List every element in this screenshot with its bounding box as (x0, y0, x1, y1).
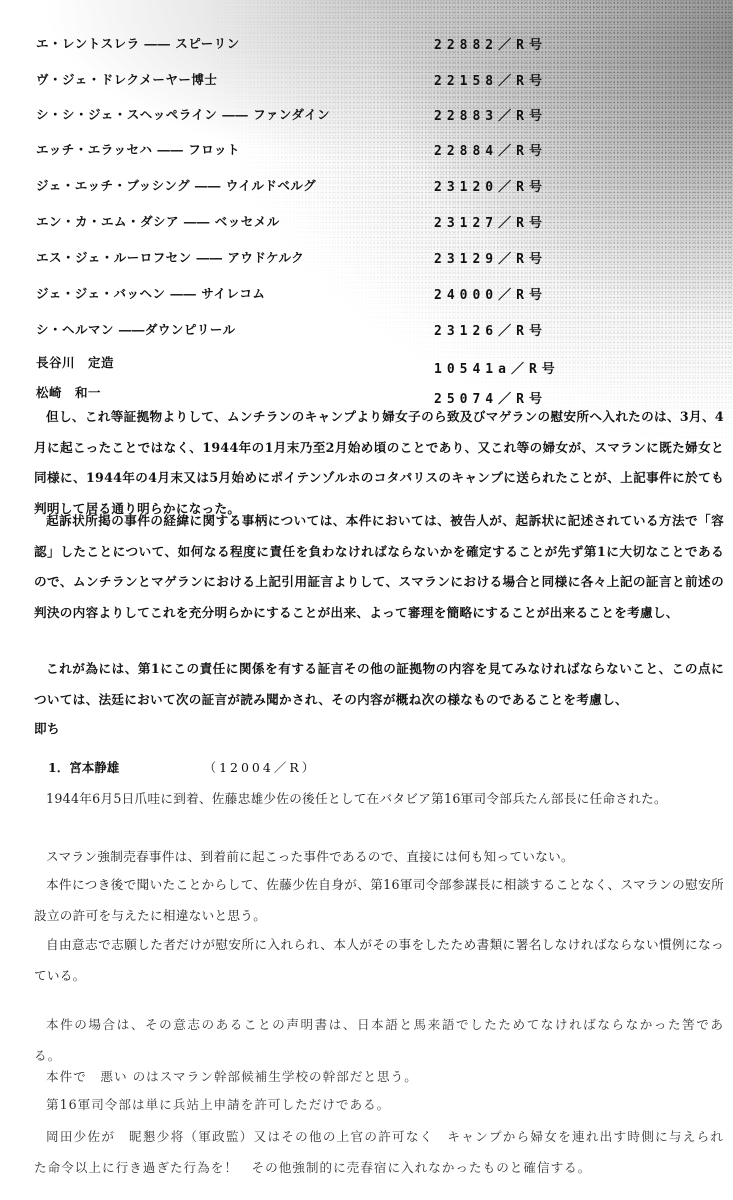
roster-number: 22883／R号 (434, 105, 547, 124)
roster-number: 23129／R号 (434, 248, 547, 267)
roster-name: 松崎 和一 (36, 383, 101, 401)
roster-number: 23120／R号 (434, 176, 547, 195)
roster-name: 長谷川 定造 (36, 353, 114, 371)
roster-number: 22882／R号 (434, 34, 547, 53)
roster-name: エン・カ・エム・ダシア ―― ベッセメル (36, 212, 280, 230)
paragraph-tail: 即ち (34, 714, 724, 745)
testimony-paragraph: 本件につき後で聞いたことからして、佐藤少佐自身が、第16軍司令部参謀長に相談する… (34, 870, 724, 931)
roster-row: エ・レントスレラ ―― スピーリン 22882／R号 (36, 34, 636, 56)
roster-row: エン・カ・エム・ダシア ―― ベッセメル 23127／R号 (36, 212, 636, 234)
document-page: エ・レントスレラ ―― スピーリン 22882／R号 ヴ・ジェ・ドレクメーヤー博… (0, 0, 733, 1200)
roster-number: 10541a／R号 (434, 358, 560, 377)
roster-name: ジェ・ジェ・バッヘン ―― サイレコム (36, 284, 265, 302)
roster-name: エス・ジェ・ルーロフセン ―― アウドケルク (36, 248, 304, 266)
roster-name: シ・シ・ジェ・スヘッペライン ―― ファンダイン (36, 105, 330, 123)
roster-row: シ・シ・ジェ・スヘッペライン ―― ファンダイン 22883／R号 (36, 105, 636, 127)
testimony-heading: 1．宮本静雄 （12004／R） (48, 758, 317, 776)
testimony-paragraph: 自由意志で志願した者だけが慰安所に入れられ、本人がその事をしたため書類に署名しな… (34, 930, 724, 991)
roster-name: ヴ・ジェ・ドレクメーヤー博士 (36, 70, 217, 88)
testimony-paragraph: 岡田少佐が 昵懇少将（軍政監）又はその他の上官の許可なく キャンプから婦女を連れ… (34, 1122, 724, 1183)
roster-name: エ・レントスレラ ―― スピーリン (36, 34, 240, 52)
roster-row: ヴ・ジェ・ドレクメーヤー博士 22158／R号 (36, 70, 636, 92)
testimony-paragraph: 本件で 悪い のはスマラン幹部候補生学校の幹部だと思う。 (34, 1062, 724, 1093)
paragraph: これが為には、第1にこの責任に関係を有する証言その他の証拠物の内容を見てみなけれ… (34, 654, 724, 715)
paragraph: 起訴状所掲の事件の経緯に関する事柄については、本件においては、被告人が、起訴状に… (34, 506, 724, 628)
roster-number: 23126／R号 (434, 320, 547, 339)
roster-row: ジェ・エッチ・ブッシング ―― ウイルドベルグ 23120／R号 (36, 176, 636, 198)
roster-row: エス・ジェ・ルーロフセン ―― アウドケルク 23129／R号 (36, 248, 636, 270)
roster-number: 23127／R号 (434, 212, 547, 231)
testimony-paragraph: 1944年6月5日爪哇に到着、佐藤忠雄少佐の後任として在バタビア第16軍司令部兵… (34, 784, 724, 815)
roster-row: 長谷川 定造 10541a／R号 (36, 353, 636, 375)
roster-row: エッチ・エラッセハ ―― フロット 22884／R号 (36, 140, 636, 162)
testimony-paragraph: スマラン強制売春事件は、到着前に起こった事件であるので、直接には何も知っていない… (34, 842, 724, 873)
roster-name: ジェ・エッチ・ブッシング ―― ウイルドベルグ (36, 176, 316, 194)
roster-number: 24000／R号 (434, 284, 547, 303)
roster-name: シ・ヘルマン ――ダウンピリール (36, 320, 236, 338)
roster-name: エッチ・エラッセハ ―― フロット (36, 140, 240, 158)
roster-row: シ・ヘルマン ――ダウンピリール 23126／R号 (36, 320, 636, 342)
roster-number: 22884／R号 (434, 140, 547, 159)
roster-row: ジェ・ジェ・バッヘン ―― サイレコム 24000／R号 (36, 284, 636, 306)
exhibit-reference: （12004／R） (204, 760, 318, 775)
roster-number: 22158／R号 (434, 70, 547, 89)
witness-name: 1．宮本静雄 (48, 760, 119, 775)
testimony-paragraph: 第16軍司令部は単に兵站上申請を許可しただけである。 (34, 1090, 724, 1121)
